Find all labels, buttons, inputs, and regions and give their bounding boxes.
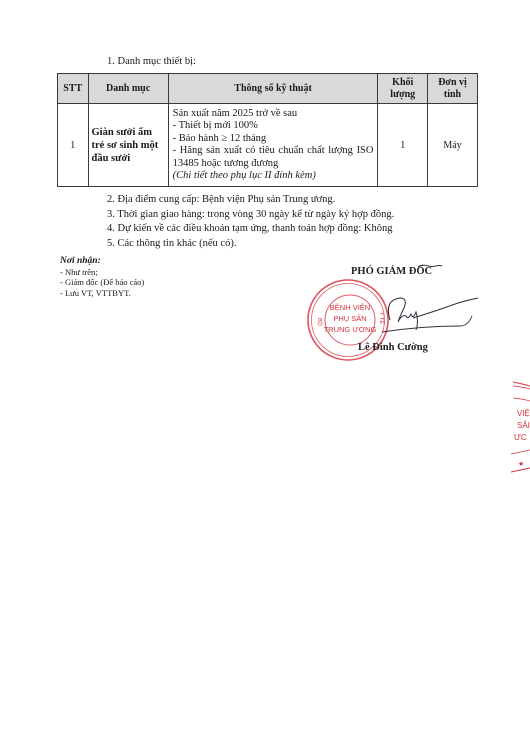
spec-line: - Thiết bị mới 100%	[173, 120, 374, 133]
cell-name: Giàn sưởi ấm trẻ sơ sinh một đầu sưởi	[88, 104, 168, 187]
signer-name: Lê Đình Cường	[358, 342, 428, 353]
cell-stt: 1	[58, 104, 89, 187]
edge-stamp-line-1: VIỆ	[517, 409, 530, 418]
recipient-item: - Lưu VT, VTTBYT.	[60, 288, 144, 299]
edge-stamp-fragment-icon: VIỆ SẢI ƯC ★	[495, 378, 530, 478]
cell-qty: 1	[378, 104, 428, 187]
header-unit-line2: tính	[444, 89, 461, 100]
stamp-line-1: BỆNH VIỆN	[330, 303, 370, 312]
table-row: 1 Giàn sưởi ấm trẻ sơ sinh một đầu sưởi …	[58, 104, 478, 187]
recipient-item: - Giám đốc (Để báo cáo)	[60, 277, 144, 288]
table-header-row: STT Danh mục Thông số kỹ thuật Khối lượn…	[58, 74, 478, 104]
recipient-item: - Như trên;	[60, 267, 144, 278]
header-stt: STT	[58, 74, 89, 104]
terms-list: 2. Địa điểm cung cấp: Bệnh viện Phụ sản …	[107, 193, 394, 251]
stamp-line-2: PHỤ SẢN	[333, 314, 366, 323]
edge-stamp-line-3: ƯC	[514, 433, 527, 442]
spec-line: - Hãng sản xuất có tiêu chuẩn chất lượng…	[173, 145, 374, 170]
term-item: 5. Các thông tin khác (nếu có).	[107, 237, 394, 252]
term-item: 3. Thời gian giao hàng: trong vòng 30 ng…	[107, 208, 394, 223]
header-qty-line1: Khối	[392, 77, 413, 88]
header-spec: Thông số kỹ thuật	[168, 74, 378, 104]
header-unit: Đơn vị tính	[428, 74, 478, 104]
term-item: 2. Địa điểm cung cấp: Bệnh viện Phụ sản …	[107, 193, 394, 208]
equipment-table: STT Danh mục Thông số kỹ thuật Khối lượn…	[57, 73, 478, 187]
spec-line: - Bảo hành ≥ 12 tháng	[173, 133, 374, 146]
header-qty-line2: lượng	[390, 89, 415, 100]
handwritten-signature-icon	[380, 260, 490, 350]
stamp-line-3: TRUNG ƯƠNG	[324, 325, 377, 334]
document-page: 1. Danh mục thiết bị: STT Danh mục Thông…	[0, 0, 530, 749]
header-qty: Khối lượng	[378, 74, 428, 104]
cell-spec: Sản xuất năm 2025 trở về sau - Thiết bị …	[168, 104, 378, 187]
term-item: 4. Dự kiến về các điều khoản tạm ứng, th…	[107, 222, 394, 237]
header-unit-line1: Đơn vị	[438, 77, 467, 88]
stamp-side-left: BỘ	[316, 318, 323, 327]
header-name: Danh mục	[88, 74, 168, 104]
spec-note: (Chi tiết theo phụ lục II đính kèm)	[173, 170, 374, 183]
section-heading: 1. Danh mục thiết bị:	[107, 56, 196, 67]
edge-stamp-line-2: SẢI	[517, 421, 530, 430]
spec-line: Sản xuất năm 2025 trở về sau	[173, 108, 374, 121]
recipients-title: Nơi nhận:	[60, 256, 144, 267]
recipients-block: Nơi nhận: - Như trên; - Giám đốc (Để báo…	[60, 256, 144, 298]
svg-text:★: ★	[518, 460, 524, 468]
cell-unit: Máy	[428, 104, 478, 187]
